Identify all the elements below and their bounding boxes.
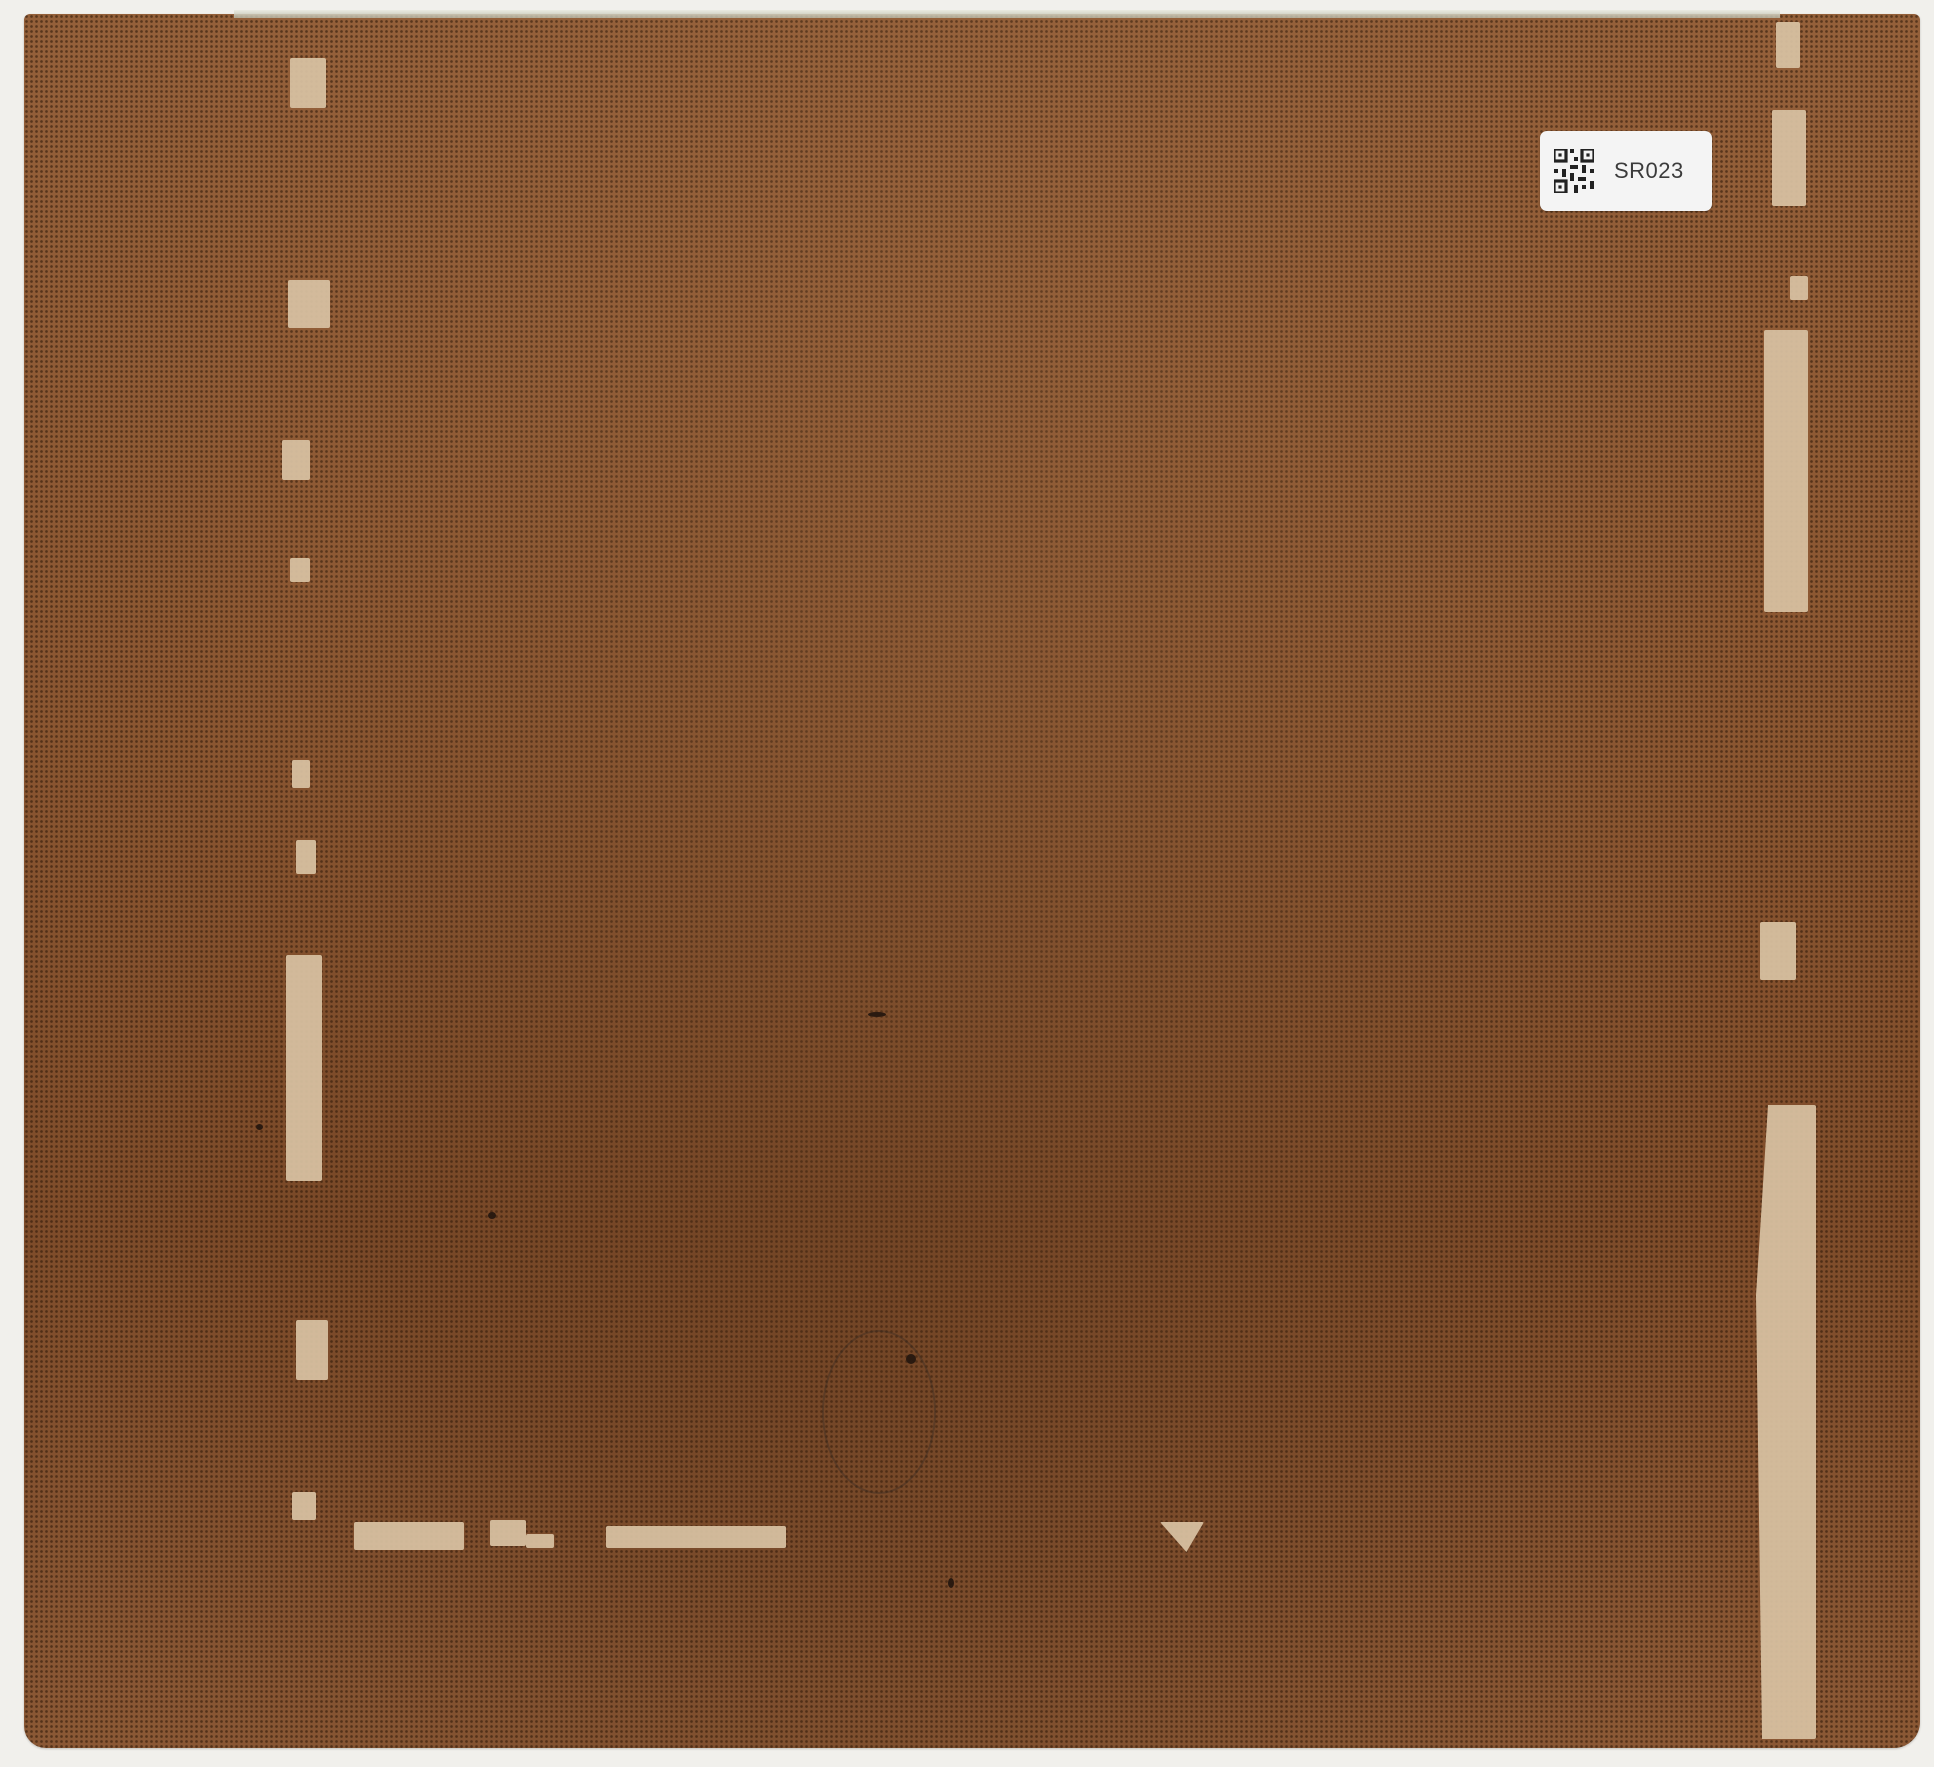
pencil-sketch	[822, 1330, 936, 1494]
qr-code-icon	[1554, 149, 1594, 193]
tape-remnant	[288, 280, 330, 328]
tape-remnant	[296, 1320, 328, 1380]
tape-remnant	[1790, 276, 1808, 300]
tape-remnant	[354, 1522, 464, 1550]
tape-remnant	[286, 955, 322, 1181]
dark-spot	[948, 1578, 954, 1588]
top-edge-canvas	[234, 10, 1780, 18]
tape-remnant	[1776, 22, 1800, 68]
dark-spot	[868, 1012, 886, 1017]
tape-remnant	[606, 1526, 786, 1548]
tape-remnant	[290, 558, 310, 582]
tape-remnant	[296, 840, 316, 874]
tape-remnant	[292, 1492, 316, 1520]
inventory-label: SR023	[1540, 131, 1712, 211]
tape-remnant	[1764, 330, 1808, 612]
tape-remnant	[1760, 922, 1796, 980]
dark-spot	[256, 1124, 263, 1130]
tape-remnant	[1772, 110, 1806, 206]
tape-remnant	[292, 760, 310, 788]
hardboard-panel	[24, 14, 1920, 1748]
dark-spot	[488, 1212, 496, 1219]
tape-remnant	[490, 1520, 526, 1546]
tape-remnant	[282, 440, 310, 480]
tape-remnant	[290, 58, 326, 108]
inventory-code: SR023	[1614, 158, 1684, 184]
tape-remnant	[1756, 1105, 1816, 1739]
tape-remnant	[526, 1534, 554, 1548]
